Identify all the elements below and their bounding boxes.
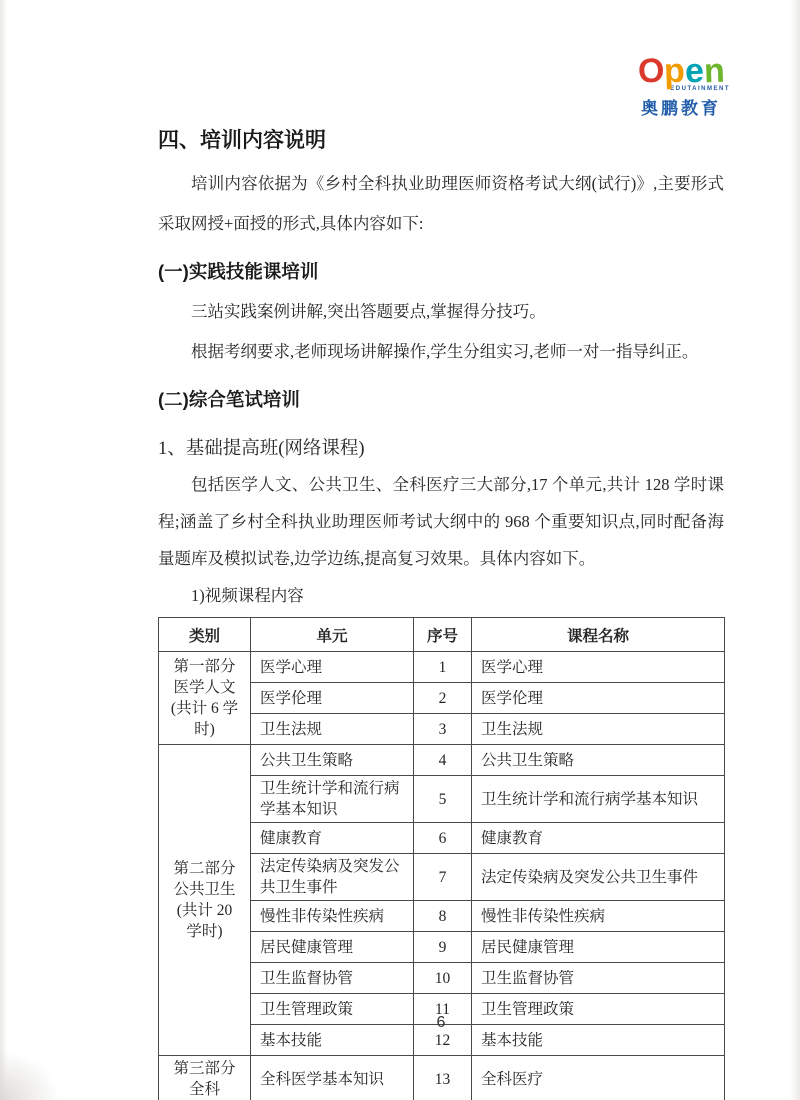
subsection-heading-practice: (一)实践技能课培训 <box>158 258 724 284</box>
scan-edge-right <box>790 0 800 1100</box>
table-row: 第一部分医学人文(共计 6 学时)医学心理1医学心理 <box>159 652 725 683</box>
index-cell: 13 <box>414 1056 472 1100</box>
course-name-cell: 公共卫生策略 <box>472 745 725 776</box>
table-row: 第二部分公共卫生(共计 20 学时)公共卫生策略4公共卫生策略 <box>159 745 725 776</box>
intro-paragraph: 培训内容依据为《乡村全科执业助理医师资格考试大纲(试行)》,主要形式采取网授+面… <box>158 164 724 244</box>
category-cell: 第三部分全科 <box>159 1056 251 1100</box>
course-table-header-row: 类别单元序号课程名称 <box>159 618 725 652</box>
table-header-cell: 序号 <box>414 618 472 652</box>
index-cell: 7 <box>414 854 472 901</box>
table-row: 第三部分全科全科医学基本知识13全科医疗 <box>159 1056 725 1100</box>
course-name-cell: 全科医疗 <box>472 1056 725 1100</box>
scan-corner-smudge <box>0 1050 60 1100</box>
index-cell: 8 <box>414 901 472 932</box>
index-cell: 6 <box>414 823 472 854</box>
logo-letter: n <box>703 56 725 87</box>
table-header-cell: 课程名称 <box>472 618 725 652</box>
unit-cell: 医学伦理 <box>251 683 414 714</box>
index-cell: 10 <box>414 963 472 994</box>
document-content: 四、培训内容说明 培训内容依据为《乡村全科执业助理医师资格考试大纲(试行)》,主… <box>158 124 724 1100</box>
unit-cell: 慢性非传染性疾病 <box>251 901 414 932</box>
unit-cell: 全科医学基本知识 <box>251 1056 414 1100</box>
scan-edge-left <box>0 0 7 1100</box>
index-cell: 9 <box>414 932 472 963</box>
category-cell: 第一部分医学人文(共计 6 学时) <box>159 652 251 745</box>
page-number: 6 <box>158 1014 724 1032</box>
category-cell: 第二部分公共卫生(共计 20 学时) <box>159 745 251 1056</box>
course-name-cell: 慢性非传染性疾病 <box>472 901 725 932</box>
logo-letter: p <box>663 56 685 87</box>
unit-cell: 卫生法规 <box>251 714 414 745</box>
course-name-cell: 卫生法规 <box>472 714 725 745</box>
course-name-cell: 卫生统计学和流行病学基本知识 <box>472 776 725 823</box>
index-cell: 5 <box>414 776 472 823</box>
logo-brand-name: 奥鹏教育 <box>626 94 736 119</box>
unit-cell: 居民健康管理 <box>251 932 414 963</box>
section-heading: 四、培训内容说明 <box>158 124 724 154</box>
course-table-body: 第一部分医学人文(共计 6 学时)医学心理1医学心理医学伦理2医学伦理卫生法规3… <box>159 652 725 1100</box>
table-header-cell: 类别 <box>159 618 251 652</box>
unit-cell: 公共卫生策略 <box>251 745 414 776</box>
table-header-cell: 单元 <box>251 618 414 652</box>
logo-letter: O <box>637 56 664 87</box>
class-heading: 1、基础提高班(网络课程) <box>158 434 724 460</box>
course-name-cell: 医学伦理 <box>472 683 725 714</box>
unit-cell: 卫生统计学和流行病学基本知识 <box>251 776 414 823</box>
video-course-label: 1)视频课程内容 <box>158 579 724 613</box>
practice-paragraph-2: 根据考纲要求,老师现场讲解操作,学生分组实习,老师一对一指导纠正。 <box>158 332 724 372</box>
unit-cell: 法定传染病及突发公共卫生事件 <box>251 854 414 901</box>
subsection-heading-written: (二)综合笔试培训 <box>158 386 724 412</box>
course-name-cell: 法定传染病及突发公共卫生事件 <box>472 854 725 901</box>
index-cell: 3 <box>414 714 472 745</box>
openedu-logo: Open EDUTAINMENT 奥鹏教育 <box>626 56 736 119</box>
course-name-cell: 卫生监督协管 <box>472 963 725 994</box>
practice-paragraph-1: 三站实践案例讲解,突出答题要点,掌握得分技巧。 <box>158 292 724 332</box>
unit-cell: 卫生监督协管 <box>251 963 414 994</box>
logo-letter: e <box>684 56 704 87</box>
index-cell: 1 <box>414 652 472 683</box>
index-cell: 4 <box>414 745 472 776</box>
course-name-cell: 健康教育 <box>472 823 725 854</box>
course-name-cell: 居民健康管理 <box>472 932 725 963</box>
unit-cell: 健康教育 <box>251 823 414 854</box>
unit-cell: 医学心理 <box>251 652 414 683</box>
index-cell: 2 <box>414 683 472 714</box>
open-logo-wordmark: Open <box>626 56 736 86</box>
class-intro-paragraph: 包括医学人文、公共卫生、全科医疗三大部分,17 个单元,共计 128 学时课程;… <box>158 466 724 577</box>
document-page: { "logo": { "letters": [ {"char": "O", "… <box>0 0 800 1100</box>
course-name-cell: 医学心理 <box>472 652 725 683</box>
